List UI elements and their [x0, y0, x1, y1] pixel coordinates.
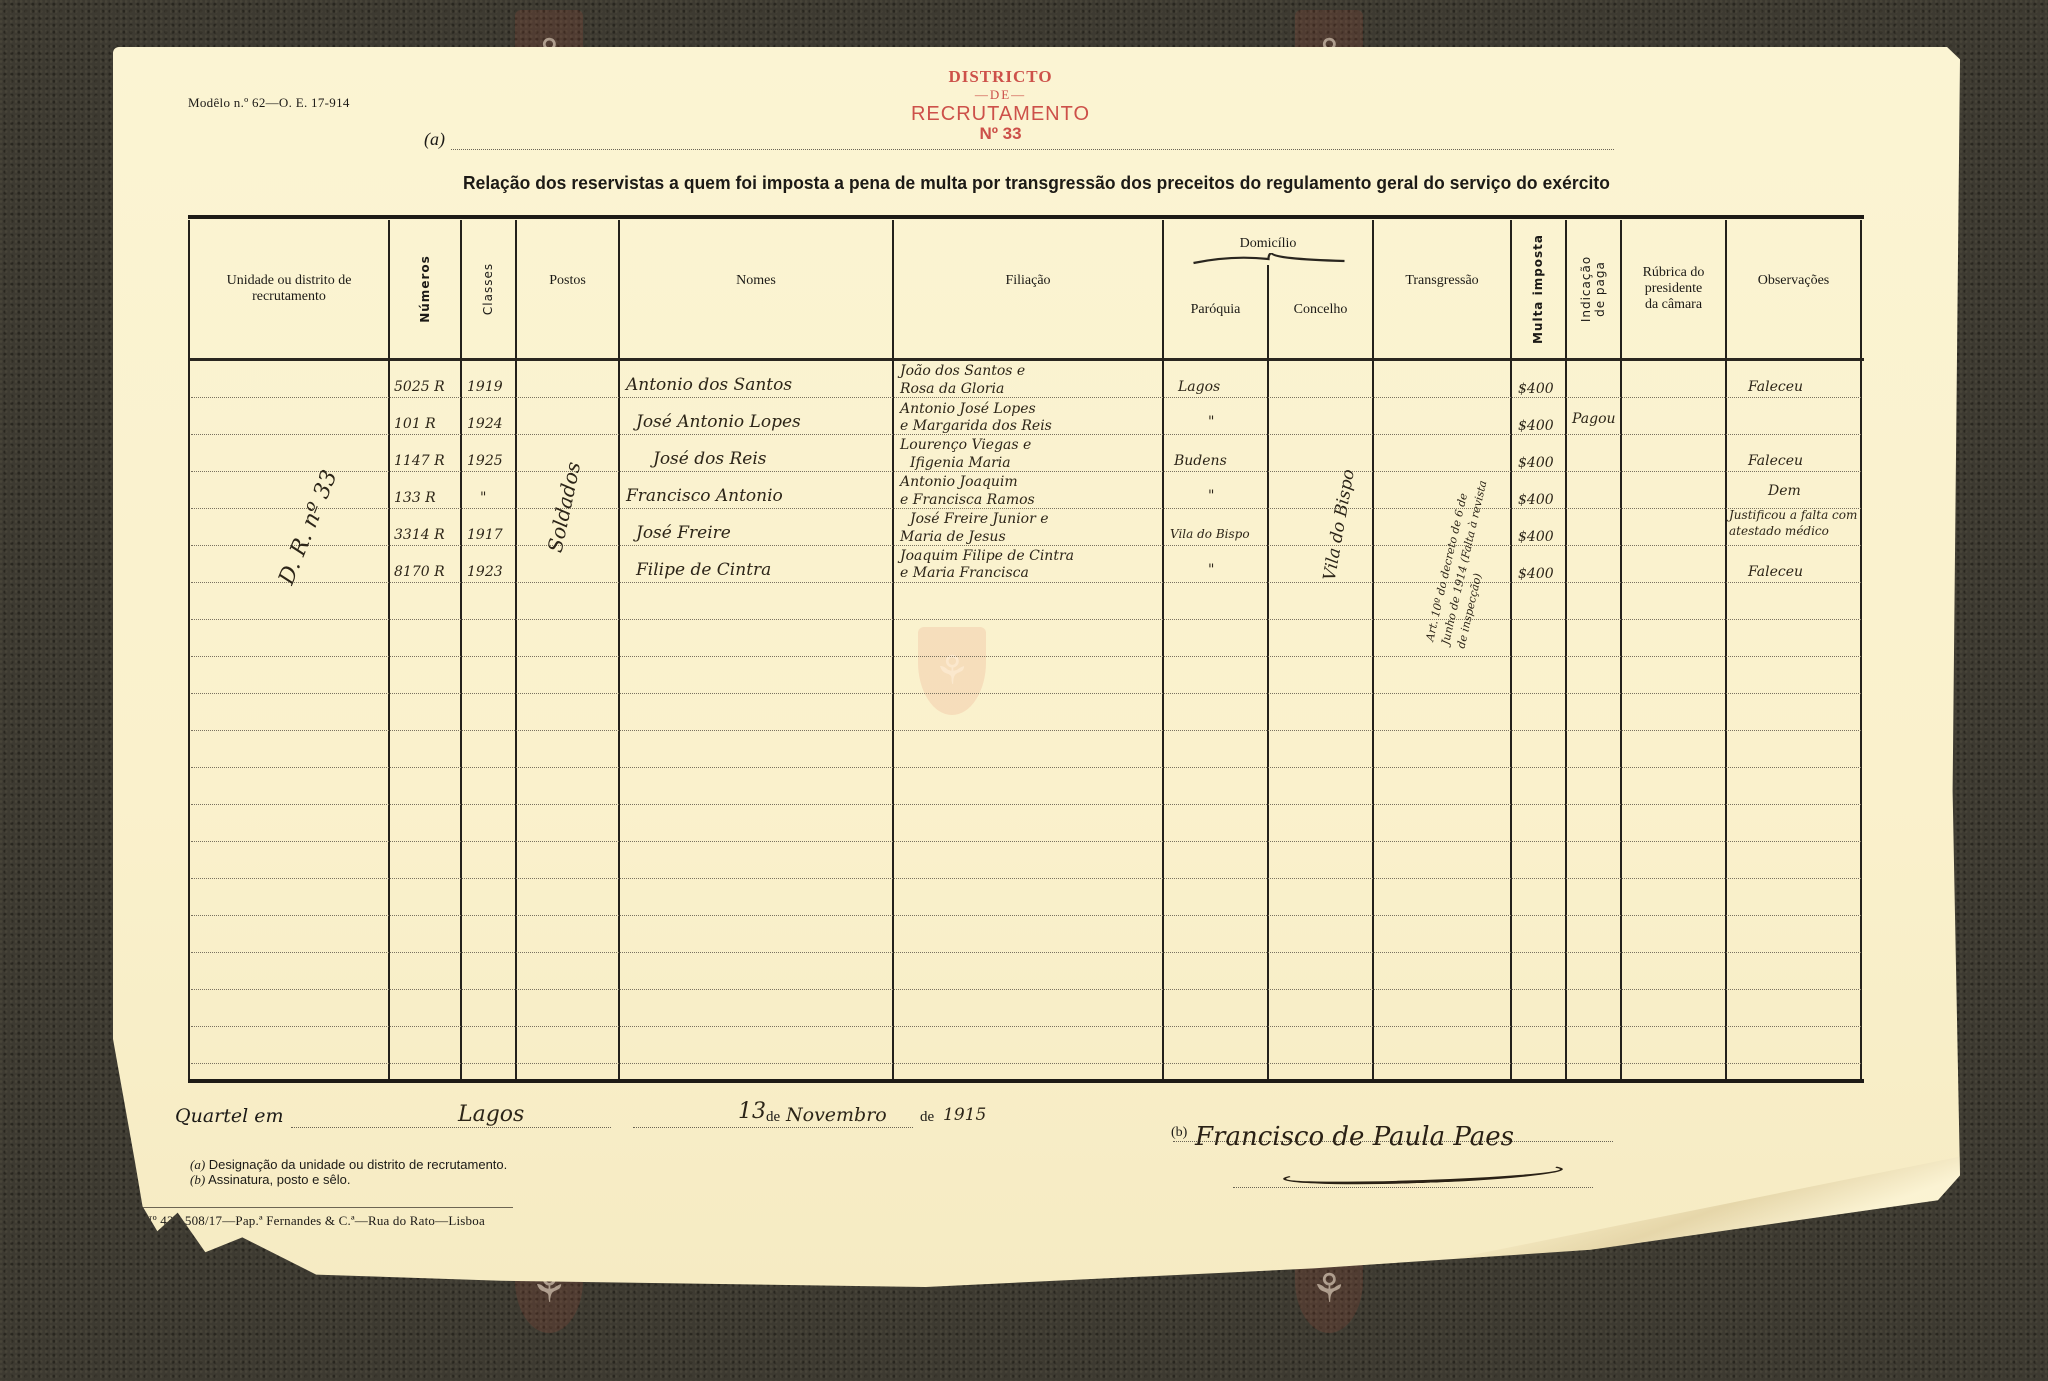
document-title: Relação dos reservistas a quem foi impos… [168, 172, 1904, 194]
stamp-line-2: —DE— [893, 87, 1108, 103]
header-observacoes: Observações [1727, 221, 1860, 357]
filiacao-cell: Antonio Joaquim [900, 474, 1018, 490]
numero-cell: 1147 R [394, 453, 445, 469]
indicacao-cell: Pagou [1572, 411, 1616, 427]
col-divider [1267, 265, 1269, 1079]
col-divider [1860, 220, 1862, 1079]
footnote-b: (b) Assinatura, posto e sêlo. [190, 1172, 507, 1187]
quartel-value: Lagos [458, 1102, 524, 1127]
recruitment-stamp: DISTRICTO —DE— RECRUTAMENTO Nº 33 [893, 67, 1108, 143]
printer-imprint: Nº 432-508/17—Pap.ª Fernandes & C.ª—Rua … [143, 1213, 485, 1229]
numero-cell: 5025 R [394, 379, 445, 395]
multa-cell: $400 [1518, 566, 1554, 582]
classe-cell: 1923 [467, 564, 503, 580]
classe-cell: 1917 [467, 527, 503, 543]
paroquia-cell: " [1208, 414, 1214, 430]
date-de-1: de [766, 1109, 780, 1126]
header-classes: Classes [462, 221, 515, 357]
header-nomes: Nomes [620, 221, 892, 357]
table-bottom-rule [188, 1079, 1864, 1083]
concelho-handwritten: Vila do Bispo [1320, 468, 1359, 582]
date-day: 13 [738, 1099, 766, 1124]
nome-cell: Francisco Antonio [626, 486, 783, 506]
model-code: Modêlo n.º 62—O. E. 17-914 [188, 95, 350, 111]
numero-cell: 101 R [394, 416, 436, 432]
unidade-handwritten: D. R. nº 33 [274, 467, 342, 588]
filiacao-cell: e Francisca Ramos [900, 492, 1035, 508]
footnotes: (a) Designação da unidade ou distrito de… [190, 1157, 507, 1187]
paroquia-cell: " [1208, 488, 1214, 504]
multa-cell: $400 [1518, 529, 1554, 545]
nome-cell: José Antonio Lopes [636, 412, 801, 432]
filiacao-cell: João dos Santos e [900, 363, 1025, 379]
signature-label: (b) [1171, 1125, 1187, 1141]
multa-cell: $400 [1518, 418, 1554, 434]
date-dotted-field [633, 1127, 913, 1128]
nome-cell: José dos Reis [653, 449, 767, 469]
nome-cell: Antonio dos Santos [626, 375, 792, 395]
transgressao-handwritten: Art. 10º do decreto de 6 de Junho de 191… [1422, 464, 1509, 650]
filiacao-cell: Ifigenia Maria [910, 455, 1011, 471]
postos-handwritten: Soldados [543, 460, 586, 555]
paroquia-cell: Budens [1174, 453, 1227, 469]
filiacao-cell: Lourenço Viegas e [900, 437, 1031, 453]
nome-cell: José Freire [636, 523, 731, 543]
classe-cell: " [480, 490, 486, 506]
date-year: 1915 [943, 1105, 986, 1125]
classe-cell: 1919 [467, 379, 503, 395]
filiacao-cell: Maria de Jesus [900, 529, 1006, 545]
header-unidade: Unidade ou distrito de recrutamento [190, 221, 388, 357]
filiacao-cell: Joaquim Filipe de Cintra [900, 548, 1074, 564]
stamp-line-1: DISTRICTO [893, 67, 1108, 87]
filiacao-cell: Antonio José Lopes [900, 401, 1036, 417]
observacoes-cell: Dem [1768, 483, 1801, 499]
header-multa: Multa imposta [1512, 221, 1565, 357]
quartel-dotted-field [291, 1127, 611, 1128]
date-de-2: de [920, 1109, 934, 1126]
header-filiacao: Filiação [894, 221, 1162, 357]
stamp-line-3: RECRUTAMENTO [893, 103, 1108, 125]
printer-rule [143, 1207, 513, 1208]
reservists-table: Unidade ou distrito de recrutamento Núme… [188, 215, 1864, 1079]
observacoes-cell: Faleceu [1748, 379, 1803, 395]
filiacao-cell: e Maria Francisca [900, 565, 1029, 581]
multa-cell: $400 [1518, 455, 1554, 471]
numero-cell: 133 R [394, 490, 436, 506]
header-transgressao: Transgressão [1374, 221, 1510, 357]
header-numeros: Números [390, 221, 460, 357]
multa-cell: $400 [1518, 492, 1554, 508]
observacoes-cell: Justificou a falta com atestado médico [1729, 507, 1879, 539]
filiacao-cell: Rosa da Gloria [900, 381, 1004, 397]
signature-flourish [1283, 1160, 1563, 1188]
signature: Francisco de Paula Paes [1195, 1122, 1514, 1152]
quartel-label: Quartel em [175, 1105, 283, 1127]
header-rubrica: Rúbrica do presidente da câmara [1622, 221, 1725, 357]
numero-cell: 3314 R [394, 527, 445, 543]
footnote-a: (a) Designação da unidade ou distrito de… [190, 1157, 507, 1172]
filiacao-cell: José Freire Junior e [910, 511, 1049, 527]
table-top-rule [188, 215, 1864, 219]
col-divider [1162, 220, 1164, 1079]
paroquia-cell: Lagos [1178, 379, 1220, 395]
multa-cell: $400 [1518, 381, 1554, 397]
paroquia-cell: " [1208, 562, 1214, 578]
table-header-rule [188, 358, 1864, 361]
header-indicacao: Indicação de paga [1567, 221, 1620, 357]
header-postos: Postos [517, 221, 618, 357]
signature-dotted-field-2 [1233, 1187, 1593, 1188]
date-month: Novembro [786, 1104, 887, 1126]
domicilio-brace-icon [1189, 253, 1349, 267]
paroquia-cell: Vila do Bispo [1170, 527, 1250, 541]
stamp-line-4: Nº 33 [893, 125, 1108, 143]
classe-cell: 1924 [467, 416, 503, 432]
unit-label: (a) [424, 129, 445, 150]
nome-cell: Filipe de Cintra [636, 560, 771, 580]
observacoes-cell: Faleceu [1748, 453, 1803, 469]
observacoes-cell: Faleceu [1748, 564, 1803, 580]
classe-cell: 1925 [467, 453, 503, 469]
document-sheet: Modêlo n.º 62—O. E. 17-914 (a) DISTRICTO… [113, 47, 1960, 1287]
filiacao-cell: e Margarida dos Reis [900, 418, 1052, 434]
header-concelho: Concelho [1269, 285, 1372, 335]
header-paroquia: Paróquia [1164, 285, 1267, 335]
numero-cell: 8170 R [394, 564, 445, 580]
